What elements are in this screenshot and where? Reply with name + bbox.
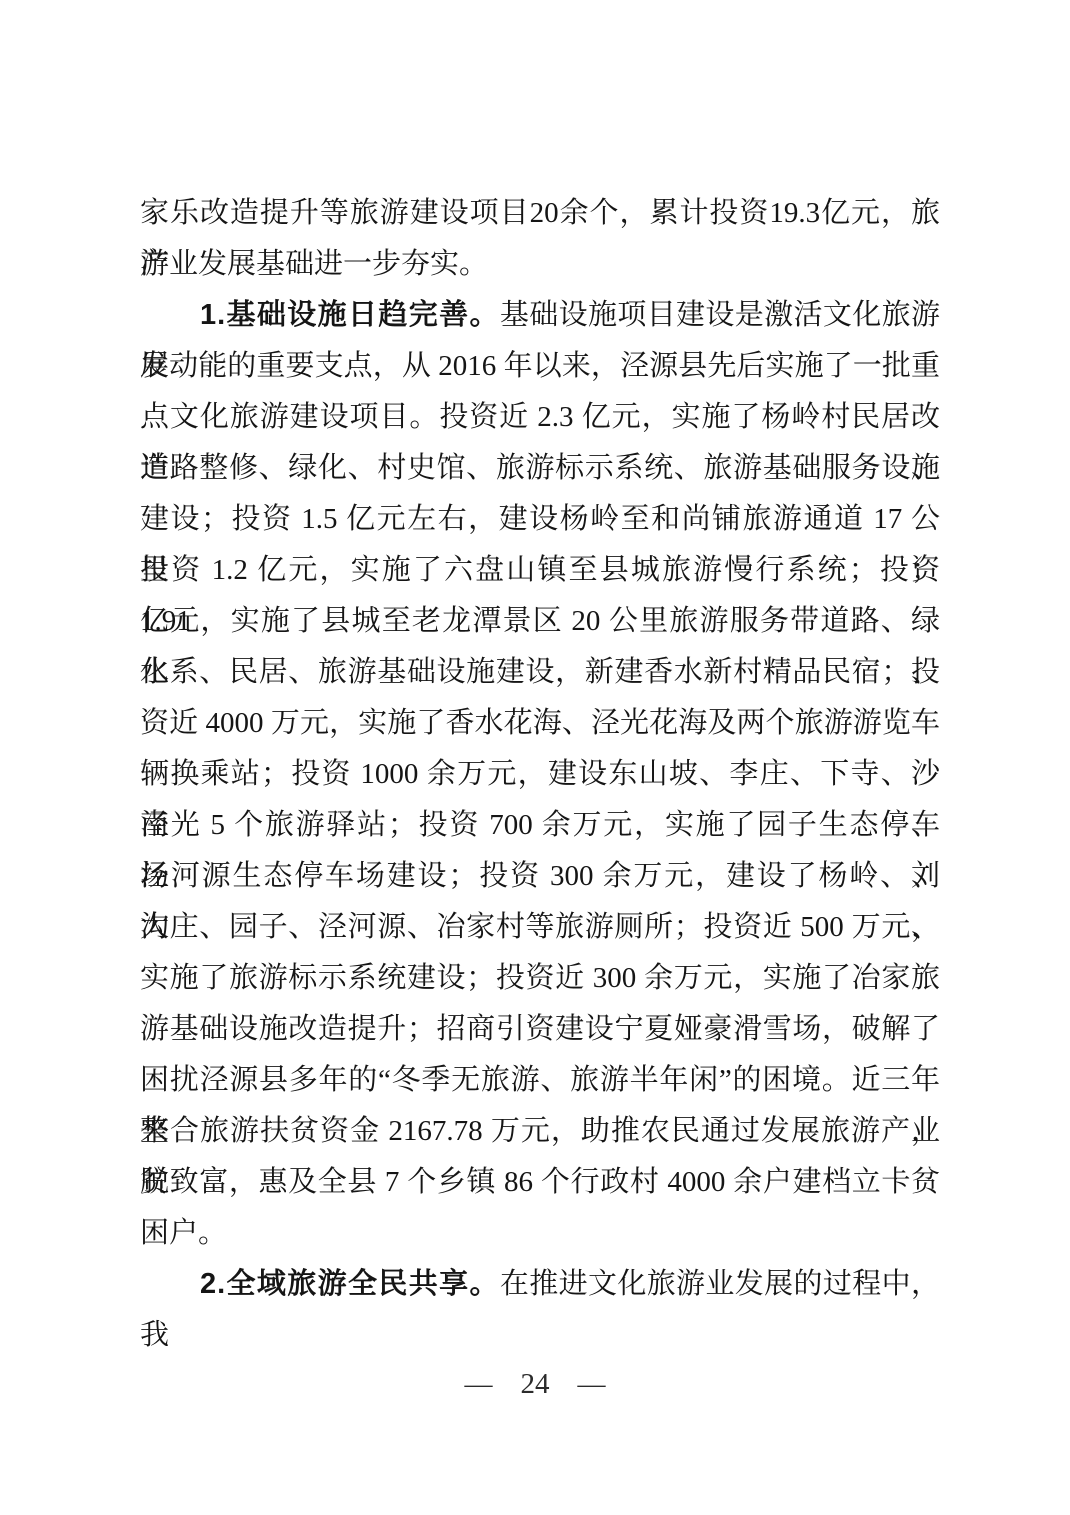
document-body: 家乐改造提升等旅游建设项目20余个，累计投资19.3亿元，旅游产业发展基础进一步…: [140, 188, 940, 1310]
text-line: 贫致富，惠及全县 7 个乡镇 86 个行政村 4000 余户建档立卡贫: [140, 1157, 940, 1208]
text-line: 泾光 5 个旅游驿站；投资 700 余万元，实施了园子生态停车场、: [140, 800, 940, 851]
text-line: 资近 4000 万元，实施了香水花海、泾光花海及两个旅游游览车: [140, 698, 940, 749]
text-line: 产业发展基础进一步夯实。: [140, 239, 940, 290]
text-line: 泾河源生态停车场建设；投资 300 余万元，建设了杨岭、刘沟、: [140, 851, 940, 902]
page-number: 24: [521, 1368, 550, 1401]
text-line: 1.基础设施日趋完善。基础设施项目建设是激活文化旅游发: [140, 290, 940, 341]
text-line: 辆换乘站；投资 1000 余万元，建设东山坡、李庄、下寺、沙南、: [140, 749, 940, 800]
text-line: 困扰泾源县多年的“冬季无旅游、旅游半年闲”的困境。近三年来，: [140, 1055, 940, 1106]
paragraph: 1.基础设施日趋完善。基础设施项目建设是激活文化旅游发展动能的重要支点，从 20…: [140, 290, 940, 1259]
footer-dash-left: —: [465, 1369, 493, 1401]
text-line: 展动能的重要支点，从 2016 年以来，泾源县先后实施了一批重: [140, 341, 940, 392]
document-page: 家乐改造提升等旅游建设项目20余个，累计投资19.3亿元，旅游产业发展基础进一步…: [0, 0, 1070, 1515]
text-line: 实施了旅游标示系统建设；投资近 300 余万元，实施了冶家旅: [140, 953, 940, 1004]
text-line: 水系、民居、旅游基础设施建设，新建香水新村精品民宿；投: [140, 647, 940, 698]
paragraph: 家乐改造提升等旅游建设项目20余个，累计投资19.3亿元，旅游产业发展基础进一步…: [140, 188, 940, 290]
paragraph-lead: 1.基础设施日趋完善。: [200, 299, 500, 331]
text-line: 投资 1.2 亿元，实施了六盘山镇至县城旅游慢行系统；投资 1.91: [140, 545, 940, 596]
footer-dash-right: —: [578, 1369, 606, 1401]
text-line: 道路整修、绿化、村史馆、旅游标示系统、旅游基础服务设施: [140, 443, 940, 494]
text-line: 2.全域旅游全民共享。在推进文化旅游业发展的过程中，我: [140, 1259, 940, 1310]
text-line: 点文化旅游建设项目。投资近 2.3 亿元，实施了杨岭村民居改造、: [140, 392, 940, 443]
page-footer: — 24 —: [0, 1368, 1070, 1401]
text-line: 整合旅游扶贫资金 2167.78 万元，助推农民通过发展旅游产业脱: [140, 1106, 940, 1157]
paragraph: 2.全域旅游全民共享。在推进文化旅游业发展的过程中，我: [140, 1259, 940, 1310]
text-line: 家乐改造提升等旅游建设项目20余个，累计投资19.3亿元，旅游: [140, 188, 940, 239]
text-line: 亿元，实施了县城至老龙潭景区 20 公里旅游服务带道路、绿化、: [140, 596, 940, 647]
text-line: 建设；投资 1.5 亿元左右，建设杨岭至和尚铺旅游通道 17 公里；: [140, 494, 940, 545]
text-line: 大庄、园子、泾河源、冶家村等旅游厕所；投资近 500 万元，: [140, 902, 940, 953]
text-line: 困户。: [140, 1208, 940, 1259]
paragraph-lead: 2.全域旅游全民共享。: [200, 1268, 500, 1300]
text-line: 游基础设施改造提升；招商引资建设宁夏娅豪滑雪场，破解了: [140, 1004, 940, 1055]
